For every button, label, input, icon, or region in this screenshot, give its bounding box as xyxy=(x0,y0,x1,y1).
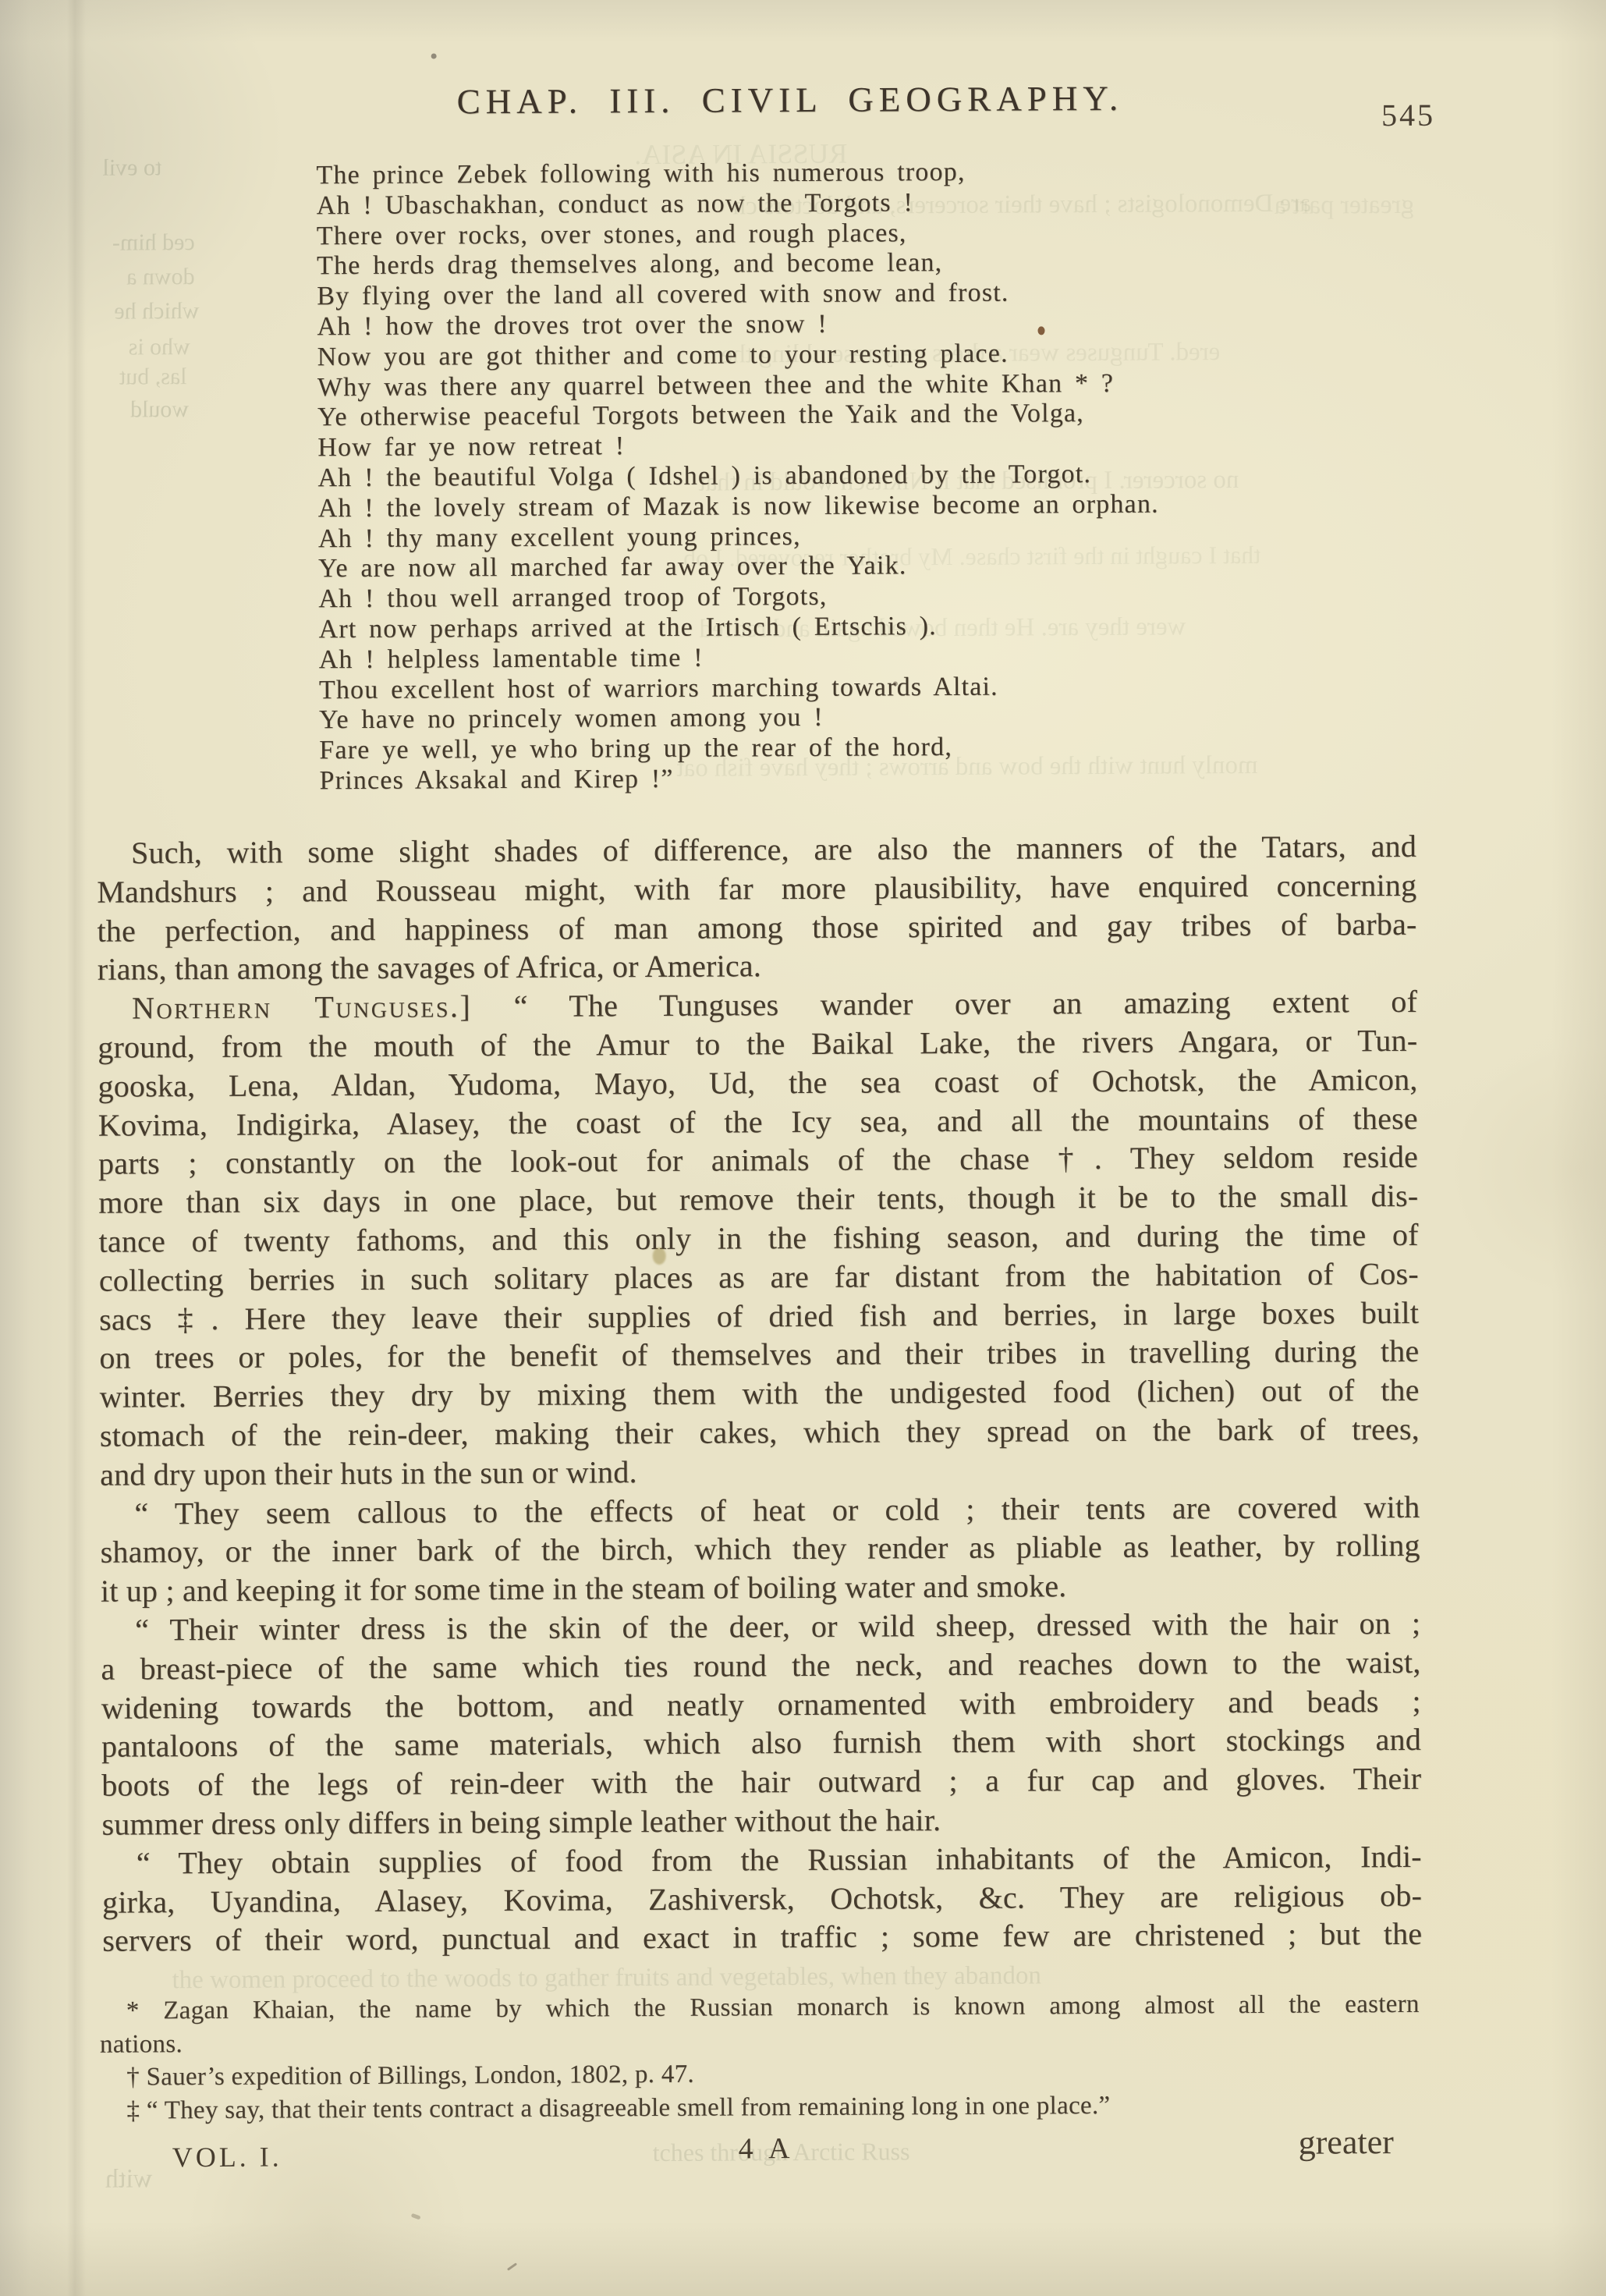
poem-line: How far ye now retreat ! xyxy=(317,429,1158,463)
bleedthrough-text: down a xyxy=(126,264,195,290)
poem-line: Thou excellent host of warriors marching… xyxy=(319,671,1160,705)
body-line: pantaloons of the same materials, which … xyxy=(101,1720,1421,1766)
body-line-text: ground, from the mouth of the Amur to th… xyxy=(97,1023,1417,1065)
smallcaps-lead: Northern Tunguses.] xyxy=(132,988,473,1025)
bleedthrough-text: which he xyxy=(114,298,199,325)
bleedthrough-text: to evil xyxy=(102,154,161,181)
body-line: Northern Tunguses.] “ The Tunguses wande… xyxy=(97,982,1417,1028)
body-line: Such, with some slight shades of differe… xyxy=(97,827,1416,873)
poem-line: Why was there any quarrel between thee a… xyxy=(317,368,1158,403)
poem-line: Ah ! thou well arranged troop of Torgots… xyxy=(318,580,1159,615)
poem-line: Ye are now all marched far away over the… xyxy=(318,550,1159,584)
body-line-text: “ The Tunguses wander over an amazing ex… xyxy=(472,984,1417,1024)
body-line: rians, than among the savages of Africa,… xyxy=(97,943,1417,989)
ink-speck xyxy=(507,2262,517,2271)
body-line: a breast-piece of the same which ties ro… xyxy=(101,1643,1420,1689)
body-line-text: stomach of the rein-deer, making their c… xyxy=(100,1411,1420,1453)
poem-line: Ah ! the lovely stream of Mazak is now l… xyxy=(318,489,1159,523)
book-page-scan: to evil ced him- down a which he who is … xyxy=(0,0,1606,2296)
body-line: boots of the legs of rein-deer with the … xyxy=(101,1759,1421,1805)
body-line: tance of twenty fathoms, and this only i… xyxy=(98,1215,1418,1262)
body-line-text: widening towards the bottom, and neatly … xyxy=(101,1683,1421,1725)
poem-line: Ah ! how the droves trot over the snow ! xyxy=(317,308,1158,342)
bleedthrough-layer: to evil ced him- down a which he who is … xyxy=(0,0,1600,4)
body-line-text: Such, with some slight shades of differe… xyxy=(131,829,1416,871)
footnote-line: * Zagan Khaian, the name by which the Ru… xyxy=(100,1988,1420,2028)
body-line: ground, from the mouth of the Amur to th… xyxy=(97,1021,1417,1067)
poem-line: There over rocks, over stones, and rough… xyxy=(317,217,1158,251)
catchword: greater xyxy=(1299,2122,1394,2163)
poem-line: Ah ! the beautiful Volga ( Idshel ) is a… xyxy=(317,460,1158,494)
body-line-text: “ They seem callous to the effects of he… xyxy=(134,1489,1420,1531)
body-line-text: and dry upon their huts in the sun or wi… xyxy=(100,1454,637,1492)
poem-line: Ah ! thy many excellent young princes, xyxy=(318,520,1159,554)
body-line: winter. Berries they dry by mixing them … xyxy=(100,1371,1420,1417)
signature-mark: 4 A xyxy=(739,2131,795,2166)
body-line: stomach of the rein-deer, making their c… xyxy=(100,1410,1420,1456)
page-content: to evil ced him- down a which he who is … xyxy=(0,0,1606,2296)
poem-line: Fare ye well, ye who bring up the rear o… xyxy=(319,732,1160,766)
poem-block: The prince Zebek following with his nume… xyxy=(316,157,1160,797)
body-line: on trees or poles, for the benefit of th… xyxy=(99,1332,1419,1378)
body-line-text: Mandshurs ; and Rousseau might, with far… xyxy=(97,868,1416,910)
body-line: “ Their winter dress is the skin of the … xyxy=(101,1604,1420,1650)
bleedthrough-text: would xyxy=(130,396,189,423)
body-line: widening towards the bottom, and neatly … xyxy=(101,1681,1421,1727)
body-line-text: “ Their winter dress is the skin of the … xyxy=(135,1606,1420,1648)
poem-line: Ye otherwise peaceful Torgots between th… xyxy=(317,399,1158,433)
footnote-line: ‡ “ They say, that their tents contract … xyxy=(100,2087,1420,2127)
page-number: 545 xyxy=(1381,97,1435,133)
body-line-text: summer dress only differs in being simpl… xyxy=(101,1802,941,1842)
body-line: more than six days in one place, but rem… xyxy=(98,1176,1418,1223)
chapter-heading: CHAP. III. CIVIL GEOGRAPHY. xyxy=(457,78,1124,122)
body-line: and dry upon their huts in the sun or wi… xyxy=(100,1449,1420,1495)
bleedthrough-text: ced him- xyxy=(112,229,195,257)
body-line: Kovima, Indigirka, Alasey, the coast of … xyxy=(98,1098,1418,1144)
body-line-text: girka, Uyandina, Alasey, Kovima, Zashive… xyxy=(102,1877,1422,1919)
poem-line: Ah ! Ubaschakhan, conduct as now the Tor… xyxy=(317,186,1158,221)
bleedthrough-text: greater part a xyxy=(1275,190,1415,221)
poem-line: Art now perhaps arrived at the Irtisch (… xyxy=(318,611,1159,645)
bleedthrough-text: las, but xyxy=(119,364,187,390)
body-line: girka, Uyandina, Alasey, Kovima, Zashive… xyxy=(102,1875,1422,1922)
body-line-text: the perfection, and happiness of man amo… xyxy=(97,906,1416,948)
body-line: Mandshurs ; and Rousseau might, with far… xyxy=(97,866,1416,912)
body-line-text: “ They obtain supplies of food from the … xyxy=(136,1839,1422,1881)
bleedthrough-text: who is xyxy=(129,334,190,360)
volume-label: VOL. I. xyxy=(172,2141,282,2174)
body-line-text: winter. Berries they dry by mixing them … xyxy=(100,1372,1420,1414)
body-line: “ They obtain supplies of food from the … xyxy=(102,1837,1422,1883)
body-line: “ They seem callous to the effects of he… xyxy=(100,1487,1420,1533)
body-line-text: it up ; and keeping it for some time in … xyxy=(101,1568,1067,1608)
ink-speck xyxy=(431,53,437,59)
body-line: servers of their word, punctual and exac… xyxy=(102,1915,1422,1961)
poem-line: The prince Zebek following with his nume… xyxy=(316,157,1157,191)
body-line: collecting berries in such solitary plac… xyxy=(99,1254,1419,1301)
body-line-text: shamoy, or the inner bark of the birch, … xyxy=(101,1528,1420,1570)
ink-speck xyxy=(411,2213,421,2220)
body-line: summer dress only differs in being simpl… xyxy=(101,1798,1421,1844)
body-line-text: collecting berries in such solitary plac… xyxy=(99,1256,1419,1298)
poem-line: The herds drag themselves along, and bec… xyxy=(317,247,1158,282)
body-line-text: parts ; constantly on the look-out for a… xyxy=(98,1139,1418,1181)
poem-line: Now you are got thither and come to your… xyxy=(317,338,1158,372)
body-line: gooska, Lena, Aldan, Yudoma, Mayo, Ud, t… xyxy=(97,1060,1417,1106)
body-line: sacs ‡. Here they leave their supplies o… xyxy=(99,1293,1419,1339)
footnotes-block: * Zagan Khaian, the name by which the Ru… xyxy=(100,1988,1420,2127)
poem-line: By flying over the land all covered with… xyxy=(317,278,1158,312)
body-line-text: on trees or poles, for the benefit of th… xyxy=(99,1333,1419,1375)
body-line: it up ; and keeping it for some time in … xyxy=(101,1565,1420,1611)
body-line-text: rians, than among the savages of Africa,… xyxy=(97,949,761,987)
body-line-text: sacs ‡. Here they leave their supplies o… xyxy=(99,1294,1419,1336)
body-text: Such, with some slight shades of differe… xyxy=(97,827,1423,1961)
body-line: shamoy, or the inner bark of the birch, … xyxy=(101,1526,1420,1572)
body-line-text: pantaloons of the same materials, which … xyxy=(101,1722,1421,1764)
body-line-text: servers of their word, punctual and exac… xyxy=(102,1916,1422,1958)
body-line: the perfection, and happiness of man amo… xyxy=(97,904,1416,950)
body-line-text: Kovima, Indigirka, Alasey, the coast of … xyxy=(98,1100,1418,1142)
body-line: parts ; constantly on the look-out for a… xyxy=(98,1137,1418,1183)
poem-line: Princes Aksakal and Kirep !” xyxy=(319,762,1160,797)
body-line-text: more than six days in one place, but rem… xyxy=(98,1178,1418,1220)
body-line-text: gooska, Lena, Aldan, Yudoma, Mayo, Ud, t… xyxy=(97,1062,1417,1104)
poem-line: Ye have no princely women among you ! xyxy=(319,701,1160,736)
poem-line: Ah ! helpless lamentable time ! xyxy=(319,641,1160,675)
body-line-text: a breast-piece of the same which ties ro… xyxy=(101,1645,1420,1687)
bleedthrough-text: with xyxy=(105,2164,153,2194)
body-line-text: boots of the legs of rein-deer with the … xyxy=(101,1761,1421,1803)
body-line-text: tance of twenty fathoms, and this only i… xyxy=(98,1217,1418,1259)
